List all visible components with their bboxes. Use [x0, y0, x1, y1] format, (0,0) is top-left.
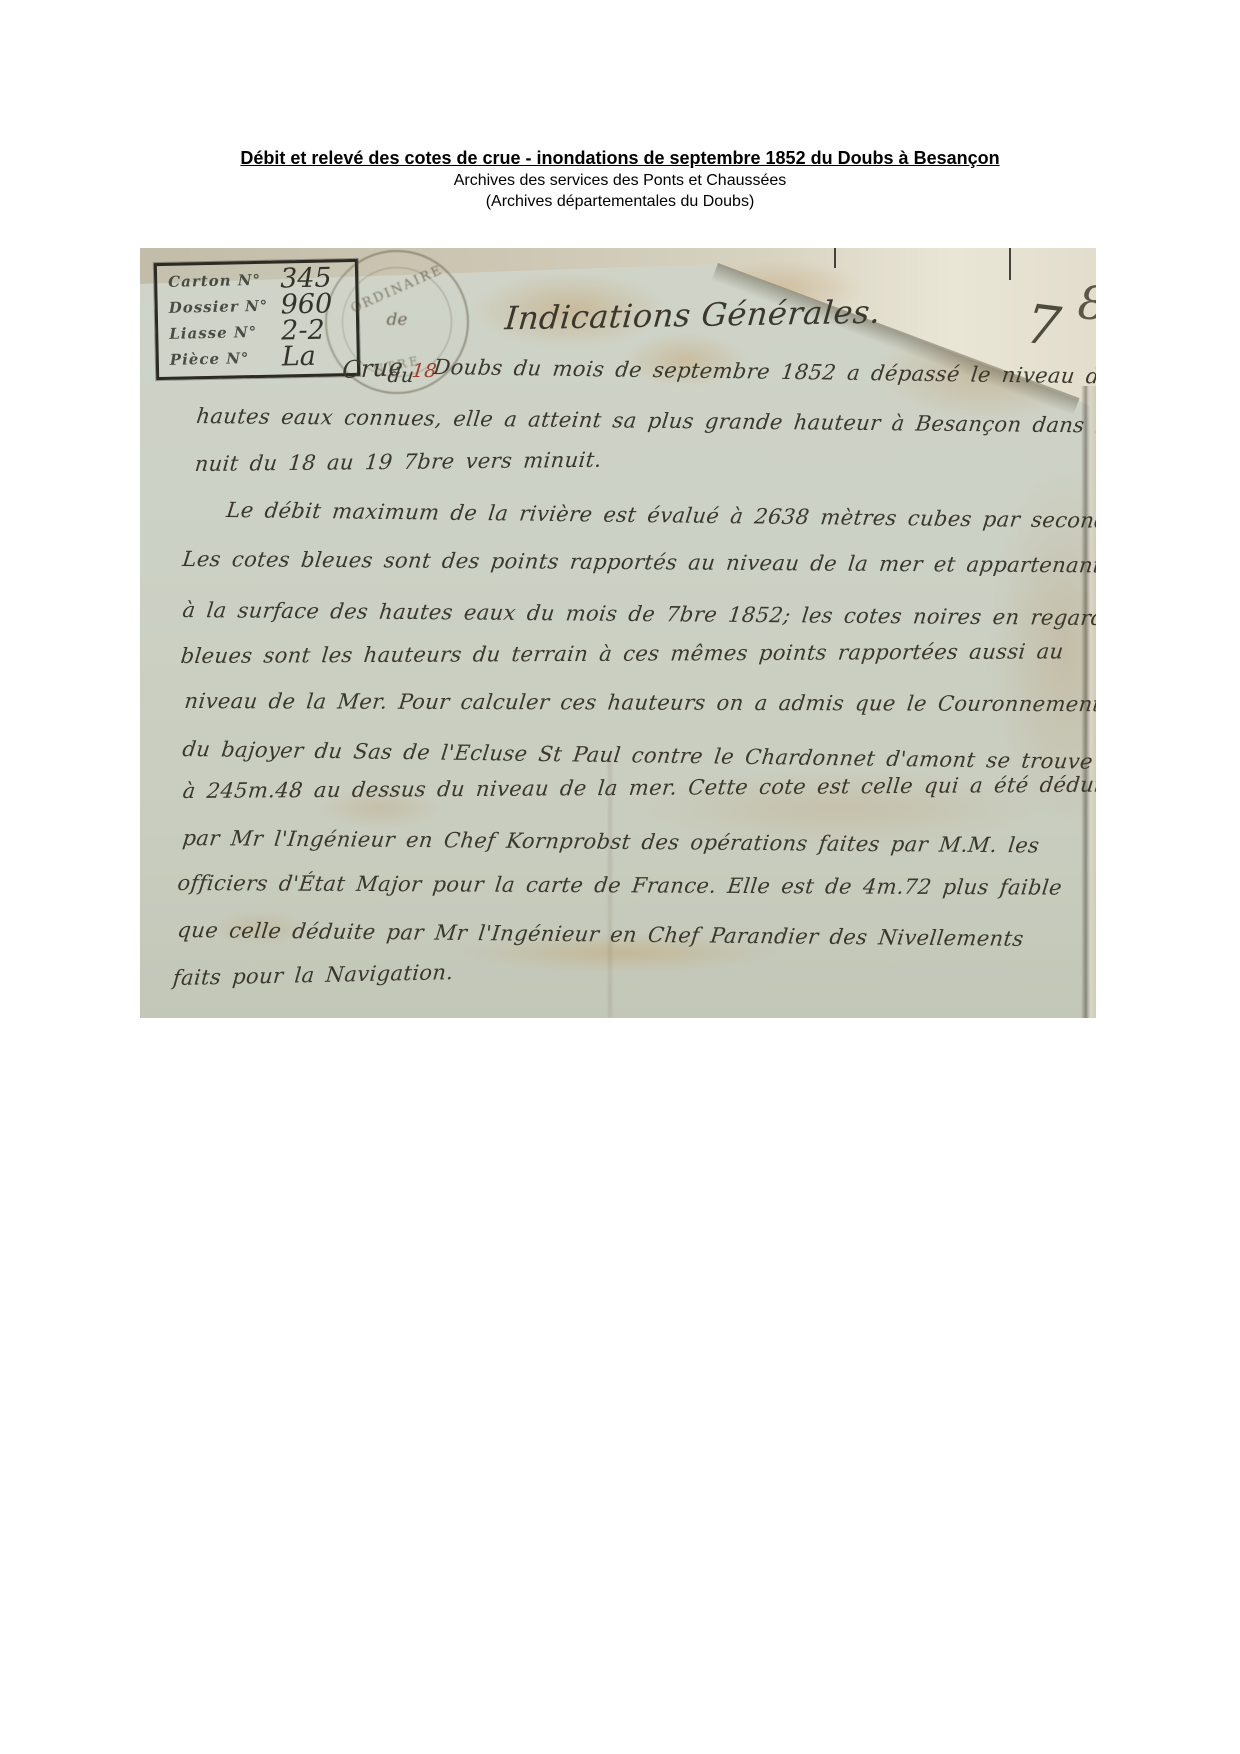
manuscript-line: bleues sont les hauteurs du terrain à ce…: [180, 639, 1065, 668]
stamp-row-label: Liasse N°: [169, 323, 257, 343]
stamp-row-label: Pièce N°: [170, 349, 250, 369]
page-number-back: 8: [1076, 275, 1096, 331]
manuscript-heading: Indications Générales.: [503, 293, 882, 338]
archive-stamp-rows: Carton N°345Dossier N°960Liasse N°2-2Piè…: [168, 269, 357, 377]
caption-subtitle-2: (Archives départementales du Doubs): [0, 191, 1240, 212]
document-page: Débit et relevé des cotes de crue - inon…: [0, 0, 1240, 1754]
manuscript-line: nuit du 18 au 19 7bre vers minuit.: [194, 448, 603, 476]
manuscript-line: niveau de la Mer. Pour calculer ces haut…: [183, 689, 1096, 716]
stamp-row-label: Carton N°: [168, 271, 261, 291]
stamp-row: Pièce N°La: [170, 347, 358, 377]
archive-stamp-box: Carton N°345Dossier N°960Liasse N°2-2Piè…: [154, 259, 360, 380]
ruled-line: [834, 248, 836, 268]
stamp-row: Dossier N°960: [169, 295, 357, 325]
manuscript-photo: 8 7 ORDINAIRE de NTRE Carton N°345Dossie…: [140, 248, 1096, 1018]
caption-subtitle-1: Archives des services des Ponts et Chaus…: [0, 170, 1240, 191]
manuscript-line: officiers d'État Major pour la carte de …: [176, 871, 1063, 900]
stamp-row-label: Dossier N°: [169, 297, 269, 317]
caption-block: Débit et relevé des cotes de crue - inon…: [0, 146, 1240, 212]
caption-title: Débit et relevé des cotes de crue - inon…: [0, 146, 1240, 170]
ruled-line: [1009, 248, 1011, 280]
stamp-row-value: La: [281, 341, 316, 373]
stamp-row: Liasse N°2-2: [169, 321, 357, 351]
